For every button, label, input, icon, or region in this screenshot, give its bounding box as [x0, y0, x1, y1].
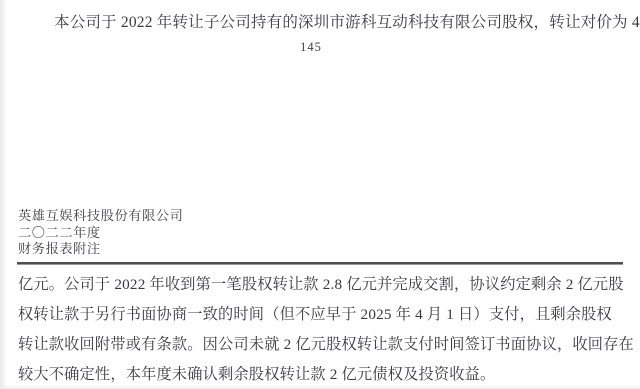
carryover-paragraph-text: 本公司于 2022 年转让子公司持有的深圳市游科互动科技有限公司股权，转让对价为… [54, 13, 636, 33]
scan-edge-shade-left [0, 0, 7, 389]
header-divider-rule [17, 262, 623, 265]
report-header: 英雄互娱科技股份有限公司 二〇二二年度 财务报表附注 [18, 208, 183, 258]
fiscal-year: 二〇二二年度 [18, 225, 183, 242]
report-section-title: 财务报表附注 [18, 241, 183, 258]
paragraph-line-4: 较大不确定性，本年度未确认剩余股权转让款 2 亿元债权及投资收益。 [18, 360, 628, 389]
page-number: 145 [0, 40, 622, 55]
paragraph-line-2: 权转让款于另行书面协商一致的时间（但不应早于 2025 年 4 月 1 日）支付… [18, 300, 628, 330]
body-paragraph: 亿元。公司于 2022 年收到第一笔股权转让款 2.8 亿元并完成交割，协议约定… [18, 270, 628, 389]
document-page: 本公司于 2022 年转让子公司持有的深圳市游科互动科技有限公司股权，转让对价为… [0, 0, 640, 389]
paragraph-line-1: 亿元。公司于 2022 年收到第一笔股权转让款 2.8 亿元并完成交割，协议约定… [18, 270, 628, 300]
company-name: 英雄互娱科技股份有限公司 [18, 208, 183, 225]
paragraph-line-3: 转让款收回附带或有条款。因公司未就 2 亿元股权转让款支付时间签订书面协议，收回… [18, 330, 628, 360]
